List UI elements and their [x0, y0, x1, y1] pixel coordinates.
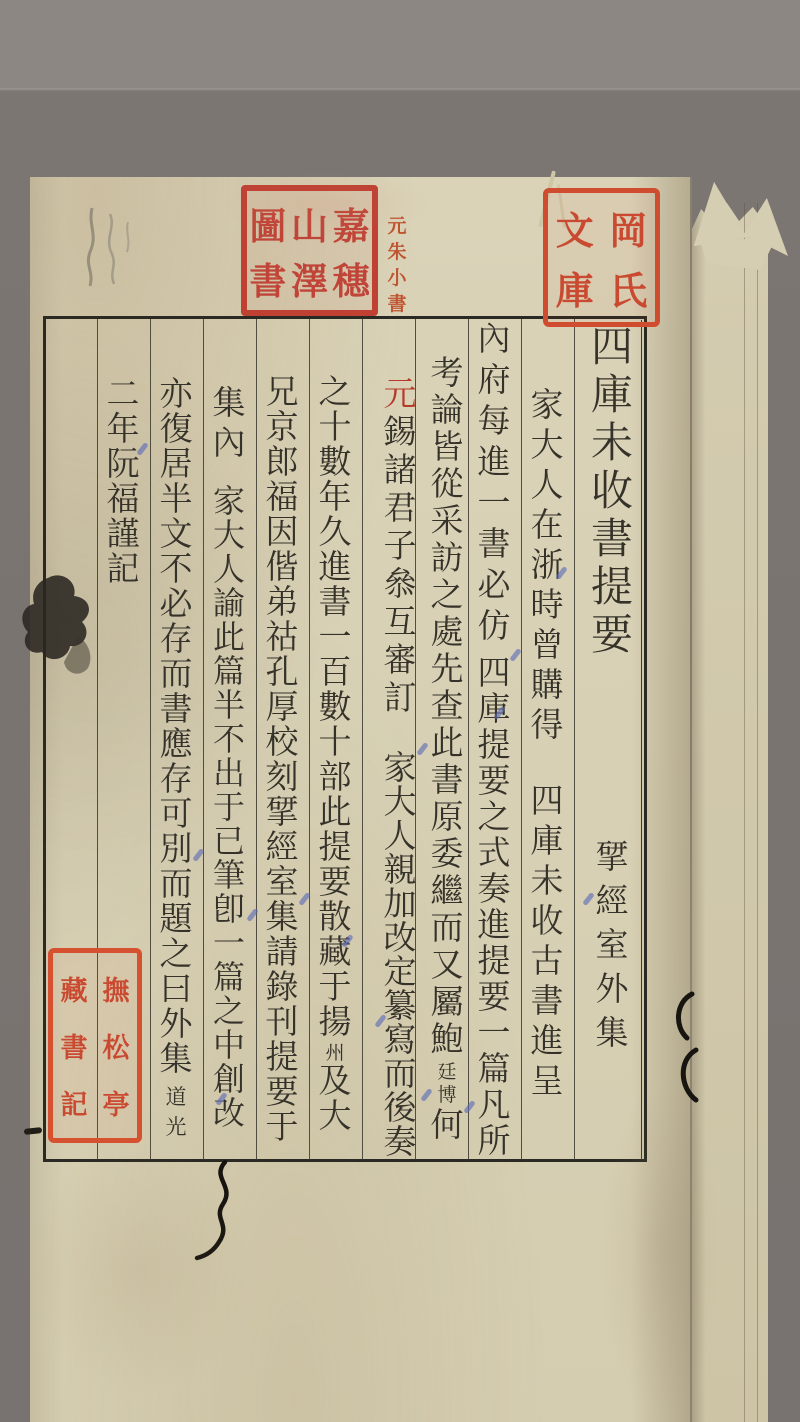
- text-segment: 家大人親加改定纂寫而後奏: [373, 752, 427, 1160]
- seal-character: 書: [249, 251, 286, 305]
- text-segment: 州: [308, 1043, 362, 1065]
- vermilion-inscription: 元朱小書: [384, 214, 410, 318]
- text-segment: 亦復居半文不必存而書應存可別而題之曰外集: [149, 378, 203, 1078]
- text-segment: 錫諸君子叅互審訂: [373, 414, 427, 718]
- inscription-character: 書: [384, 292, 410, 318]
- inscription-character: 小: [384, 266, 410, 292]
- text-column-line-9: 二年阮福謹記: [96, 378, 150, 588]
- text-segment: 家大人在浙時曾購得: [520, 386, 574, 746]
- text-column-line-5: 之十數年久進書一百數十部此提要散藏于揚州及大: [308, 376, 362, 1135]
- collector-seal-large: 嘉穗山澤圖書: [241, 185, 378, 316]
- seal-character: 澤: [291, 251, 328, 305]
- pencil-scribble: [70, 200, 150, 295]
- seal-character: 松: [103, 1026, 130, 1065]
- text-segment: 元: [373, 376, 427, 414]
- scanned-page-background: 四庫未收書提要揅經室外集家大人在浙時曾購得四庫未收古書進呈內府每進一書必仿四庫提…: [0, 0, 800, 1422]
- column-divider: [362, 319, 363, 1160]
- text-column-line-2: 內府每進一書必仿四庫提要之式奏進提要一篇凡所: [467, 320, 521, 1160]
- collector-seal-top-right: 岡氏文庫: [543, 188, 660, 327]
- seal-column: 撫松亭: [103, 960, 130, 1130]
- seal-character: 文: [556, 200, 594, 255]
- seal-character: 藏: [61, 969, 88, 1008]
- page-crease: [757, 203, 758, 1422]
- text-column-line-1: 家大人在浙時曾購得四庫未收古書進呈: [520, 386, 574, 1102]
- text-segment: 道光: [149, 1082, 203, 1142]
- scanner-edge-line: [0, 88, 800, 90]
- text-segment: 廷博: [420, 1061, 474, 1107]
- text-segment: 兄京郎福因偕弟祜孔厚校刻揅經室集請錄刊提要于: [255, 376, 309, 1146]
- inscription-character: 元: [384, 214, 410, 240]
- seal-character: 書: [61, 1026, 88, 1065]
- seal-character: 記: [61, 1083, 88, 1122]
- text-column-title: 四庫未收書提要揅經室外集: [585, 324, 639, 1056]
- seal-character: 庫: [556, 260, 594, 315]
- seal-character: 嘉: [333, 196, 370, 250]
- seal-column: 圖書: [249, 196, 286, 305]
- text-column-line-3: 考論皆從采訪之處先查此書原委繼而又屬鮑廷博何: [420, 356, 474, 1145]
- text-segment: 四庫未收古書進呈: [520, 782, 574, 1102]
- text-segment: 之十數年久進書一百數十部此提要散藏于揚: [308, 376, 362, 1041]
- seal-column: 文庫: [556, 198, 594, 317]
- text-segment: 考論皆從采訪之處先查此書原委繼而又屬鮑: [420, 356, 474, 1059]
- ink-blot: [18, 560, 110, 685]
- seal-character: 岡: [609, 200, 647, 255]
- text-column-line-7: 集內家大人諭此篇半不出于已筆卽一篇之中創改: [202, 384, 256, 1130]
- seal-character: 撫: [103, 969, 130, 1008]
- text-segment: 集內: [202, 384, 256, 464]
- text-segment: 家大人諭此篇半不出于已筆卽一篇之中創改: [202, 484, 256, 1130]
- text-segment: 揅經室外集: [585, 836, 639, 1056]
- page-crease: [744, 203, 745, 1422]
- text-segment: 二年阮福謹記: [96, 378, 150, 588]
- seal-column: 山澤: [291, 196, 328, 305]
- seal-column: 岡氏: [609, 198, 647, 317]
- text-segment: 四庫未收書提要: [585, 324, 639, 660]
- wavy-ink-mark: [185, 1156, 255, 1271]
- inscription-character: 朱: [384, 240, 410, 266]
- seal-column: 嘉穗: [333, 196, 370, 305]
- seal-column: 藏書記: [61, 960, 88, 1130]
- frame-inner-line: [641, 320, 642, 1160]
- seal-character: 圖: [249, 196, 286, 250]
- text-column-line-6: 兄京郎福因偕弟祜孔厚校刻揅經室集請錄刊提要于: [255, 376, 309, 1146]
- bracket-ink-marks: [656, 980, 720, 1125]
- seal-character: 氏: [609, 260, 647, 315]
- collector-seal-bottom-left: 撫松亭藏書記: [48, 948, 142, 1143]
- seal-character: 穗: [333, 251, 370, 305]
- text-segment: 及大: [308, 1065, 362, 1135]
- text-segment: 內府每進一書必仿: [467, 320, 521, 648]
- text-column-line-4: 元錫諸君子叅互審訂家大人親加改定纂寫而後奏: [373, 376, 427, 1160]
- seal-character: 亭: [103, 1083, 130, 1122]
- column-divider: [574, 319, 575, 1160]
- text-segment: 四庫提要之式奏進提要一篇凡所: [467, 656, 521, 1160]
- seal-character: 山: [291, 196, 328, 250]
- text-column-line-8: 亦復居半文不必存而書應存可別而題之曰外集道光: [149, 378, 203, 1142]
